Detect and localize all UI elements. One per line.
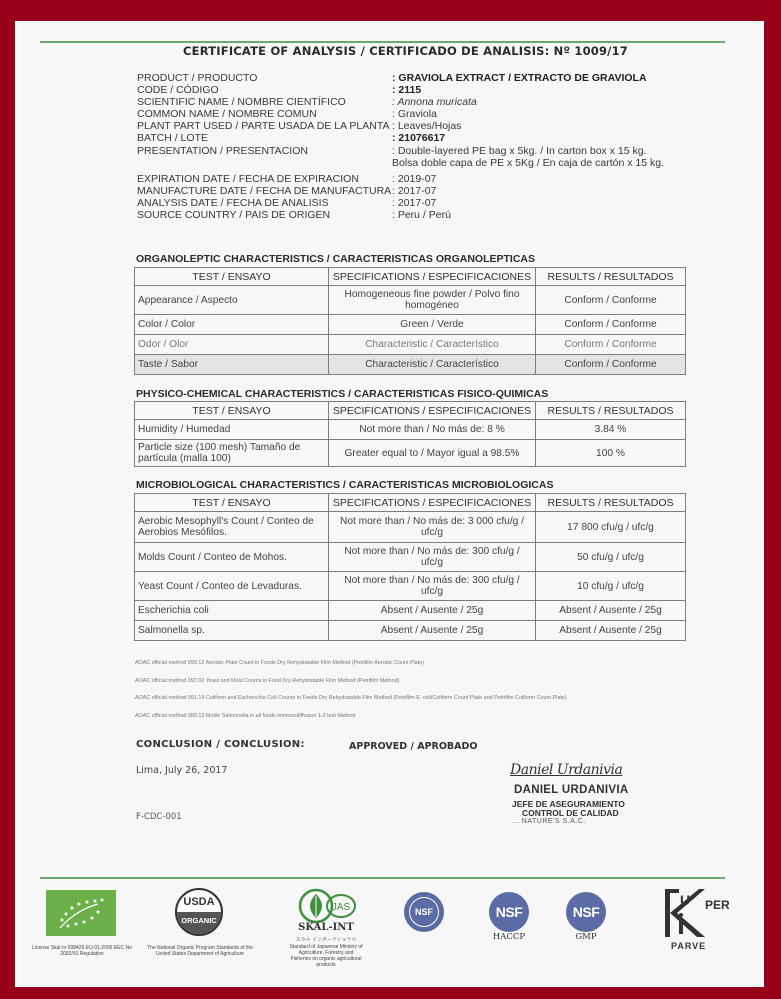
info-label: MANUFACTURE DATE / FECHA DE MANUFACTURA: [137, 185, 392, 197]
method-item: AOAC official method 989.13 Motile Salmo…: [135, 708, 567, 726]
cell-spec: Homogeneous fine powder / Polvo fino hom…: [329, 286, 536, 315]
info-value: : 2115: [392, 84, 421, 96]
nsf-gluten-free-seal-icon: NSF: [404, 892, 444, 932]
top-rule: [40, 41, 725, 43]
info-row: BATCH / LOTE: 21076617: [137, 132, 664, 144]
cell-test: Escherichia coli: [135, 601, 329, 621]
nsf-haccp-seal: NSF HACCP: [489, 892, 529, 942]
info-label: ANALYSIS DATE / FECHA DE ANALISIS: [137, 197, 392, 209]
microbiological-table: TEST / ENSAYOSPECIFICATIONS / ESPECIFICA…: [134, 493, 686, 641]
method-item: AOAC official method 990.12 Aerobic Plat…: [135, 655, 567, 673]
method-item: AOAC official method 991.14 Coliform and…: [135, 690, 567, 708]
info-value: Bolsa doble capa de PE x 5Kg / En caja d…: [392, 157, 664, 169]
column-header: RESULTS / RESULTADOS: [536, 402, 686, 420]
column-header: RESULTS / RESULTADOS: [536, 494, 686, 512]
column-header: SPECIFICATIONS / ESPECIFICACIONES: [329, 494, 536, 512]
bottom-rule: [40, 877, 725, 879]
table-row: Taste / SaborCharacteristic / Caracterís…: [135, 355, 686, 375]
cell-result: 10 cfu/g / ufc/g: [536, 572, 686, 601]
skal-japanese: スカル インターナショナル: [290, 937, 362, 943]
table-row: Odor / OlorCharacteristic / Característi…: [135, 335, 686, 355]
info-value: : 2017-07: [392, 185, 436, 197]
nsf-gmp-seal: NSF GMP: [566, 892, 606, 942]
table-row: Salmonella sp.Absent / Ausente / 25gAbse…: [135, 621, 686, 641]
kosher-peru-text: PERU: [705, 898, 729, 912]
table-row: Aerobic Mesophyll's Count / Conteo de Ae…: [135, 512, 686, 543]
signatory-company: ... NATURE'S S.A.C.: [512, 818, 586, 825]
skal-name: SKAL-INT: [293, 925, 359, 931]
cell-spec: Greater equal to / Mayor igual a 98.5%: [329, 440, 536, 467]
cell-test: Salmonella sp.: [135, 621, 329, 641]
table-header-row: TEST / ENSAYOSPECIFICATIONS / ESPECIFICA…: [135, 402, 686, 420]
column-header: TEST / ENSAYO: [135, 494, 329, 512]
nsf-gmp-label: GMP: [566, 932, 606, 942]
info-label: SOURCE COUNTRY / PAIS DE ORIGEN: [137, 209, 392, 221]
cell-result: 100 %: [536, 440, 686, 467]
cell-result: Absent / Ausente / 25g: [536, 601, 686, 621]
cell-test: Particle size (100 mesh) Tamaño de partí…: [135, 440, 329, 467]
info-value: : Double-layered PE bag x 5kg. / In cart…: [392, 145, 646, 157]
physico-chemical-table: TEST / ENSAYOSPECIFICATIONS / ESPECIFICA…: [134, 401, 686, 467]
table-row: Appearance / AspectoHomogeneous fine pow…: [135, 286, 686, 315]
usda-top-text: USDA: [177, 890, 221, 912]
cell-test: Appearance / Aspecto: [135, 286, 329, 315]
cell-result: Conform / Conforme: [536, 355, 686, 375]
info-label: [137, 157, 392, 169]
info-row: CODE / CÓDIGO: 2115: [137, 84, 664, 96]
table-row: Color / ColorGreen / VerdeConform / Conf…: [135, 315, 686, 335]
cell-result: Absent / Ausente / 25g: [536, 621, 686, 641]
table-row: Molds Count / Conteo de Mohos.Not more t…: [135, 543, 686, 572]
svg-text:U: U: [680, 892, 690, 908]
info-row: SOURCE COUNTRY / PAIS DE ORIGEN: Peru / …: [137, 209, 664, 221]
nsf-haccp-icon: NSF: [489, 892, 529, 932]
method-item: AOAC official method 997.02 Yeast and Mo…: [135, 673, 567, 691]
eu-organic-leaf-icon: [46, 890, 116, 936]
nsf-haccp-label: HACCP: [489, 932, 529, 942]
info-row: COMMON NAME / NOMBRE COMUN: Graviola: [137, 108, 664, 120]
info-label: CODE / CÓDIGO: [137, 84, 392, 96]
cell-spec: Not more than / No más de: 8 %: [329, 420, 536, 440]
info-label: PLANT PART USED / PARTE USADA DE LA PLAN…: [137, 120, 392, 132]
info-label: COMMON NAME / NOMBRE COMUN: [137, 108, 392, 120]
cell-spec: Characteristic / Característico: [329, 355, 536, 375]
cell-result: Conform / Conforme: [536, 315, 686, 335]
cell-result: 3.84 %: [536, 420, 686, 440]
microbiological-title: MICROBIOLOGICAL CHARACTERISTICS / CARACT…: [136, 479, 553, 491]
info-value: : Graviola: [392, 108, 437, 120]
cell-spec: Absent / Ausente / 25g: [329, 601, 536, 621]
info-row: PLANT PART USED / PARTE USADA DE LA PLAN…: [137, 120, 664, 132]
info-label: SCIENTIFIC NAME / NOMBRE CIENTÍFICO: [137, 96, 392, 108]
column-header: TEST / ENSAYO: [135, 268, 329, 286]
nsf-gluten-text: NSF: [409, 897, 439, 927]
info-row: MANUFACTURE DATE / FECHA DE MANUFACTURA:…: [137, 185, 664, 197]
table-row: Humidity / HumedadNot more than / No más…: [135, 420, 686, 440]
signature-script: Daniel Urdanivia: [510, 762, 622, 778]
cell-spec: Absent / Ausente / 25g: [329, 621, 536, 641]
jas-organic-leaf-icon: JAS: [296, 888, 358, 924]
kosher-peru-parve-icon: U PERU PARVE: [663, 887, 729, 953]
place-date: Lima, July 26, 2017: [136, 765, 227, 776]
info-row: Bolsa doble capa de PE x 5Kg / En caja d…: [137, 157, 664, 169]
cell-test: Molds Count / Conteo de Mohos.: [135, 543, 329, 572]
table-row: Escherichia coliAbsent / Ausente / 25gAb…: [135, 601, 686, 621]
conclusion-value: APPROVED / APROBADO: [349, 741, 478, 752]
methods-list: AOAC official method 990.12 Aerobic Plat…: [135, 655, 567, 725]
cell-test: Odor / Olor: [135, 335, 329, 355]
info-label: EXPIRATION DATE / FECHA DE EXPIRACION: [137, 173, 392, 185]
cell-test: Humidity / Humedad: [135, 420, 329, 440]
info-value: : GRAVIOLA EXTRACT / EXTRACTO DE GRAVIOL…: [392, 72, 647, 84]
form-code: F-CDC-001: [136, 812, 182, 822]
signatory-role-2: CONTROL DE CALIDAD: [522, 808, 619, 818]
info-label: PRESENTATION / PRESENTACION: [137, 145, 392, 157]
certificate-title: CERTIFICATE OF ANALYSIS / CERTIFICADO DE…: [0, 44, 781, 58]
cell-result: Conform / Conforme: [536, 335, 686, 355]
info-label: BATCH / LOTE: [137, 132, 392, 144]
usda-organic-seal-icon: USDA ORGANIC: [175, 888, 223, 936]
cell-test: Aerobic Mesophyll's Count / Conteo de Ae…: [135, 512, 329, 543]
cell-result: 17 800 cfu/g / ufc/g: [536, 512, 686, 543]
info-value: : Peru / Perú: [392, 209, 451, 221]
column-header: TEST / ENSAYO: [135, 402, 329, 420]
cell-spec: Not more than / No más de: 300 cfu/g / u…: [329, 543, 536, 572]
skal-caption: Standard of Japanese Ministry of Agricul…: [288, 944, 364, 968]
info-row: PRODUCT / PRODUCTO: GRAVIOLA EXTRACT / E…: [137, 72, 664, 84]
cell-spec: Not more than / No más de: 300 cfu/g / u…: [329, 572, 536, 601]
cell-result: 50 cfu/g / ufc/g: [536, 543, 686, 572]
cell-result: Conform / Conforme: [536, 286, 686, 315]
conclusion-label: CONCLUSION / CONCLUSION:: [136, 739, 305, 750]
info-row: ANALYSIS DATE / FECHA DE ANALISIS: 2017-…: [137, 197, 664, 209]
eu-caption: License Skal nr 008429 EU-01.2005 EEC No…: [28, 945, 136, 957]
table-row: Yeast Count / Conteo de Levaduras.Not mo…: [135, 572, 686, 601]
info-value: : Leaves/Hojas: [392, 120, 461, 132]
product-info: PRODUCT / PRODUCTO: GRAVIOLA EXTRACT / E…: [137, 72, 664, 221]
table-header-row: TEST / ENSAYOSPECIFICATIONS / ESPECIFICA…: [135, 268, 686, 286]
organoleptic-title: ORGANOLEPTIC CHARACTERISTICS / CARACTERI…: [136, 253, 535, 265]
nsf-gmp-icon: NSF: [566, 892, 606, 932]
info-label: PRODUCT / PRODUCTO: [137, 72, 392, 84]
cell-spec: Not more than / No más de: 3 000 cfu/g /…: [329, 512, 536, 543]
column-header: RESULTS / RESULTADOS: [536, 268, 686, 286]
table-row: Particle size (100 mesh) Tamaño de partí…: [135, 440, 686, 467]
physico-chemical-title: PHYSICO-CHEMICAL CHARACTERISTICS / CARAC…: [136, 388, 548, 400]
info-value: : Annona muricata: [392, 96, 477, 108]
cell-spec: Characteristic / Característico: [329, 335, 536, 355]
cell-spec: Green / Verde: [329, 315, 536, 335]
info-value: : 2017-07: [392, 197, 436, 209]
cell-test: Color / Color: [135, 315, 329, 335]
usda-caption: The National Organic Program Standards o…: [145, 945, 255, 957]
info-value: : 2019-07: [392, 173, 436, 185]
svg-text:JAS: JAS: [332, 902, 351, 913]
column-header: SPECIFICATIONS / ESPECIFICACIONES: [329, 402, 536, 420]
signatory-name: DANIEL URDANIVIA: [514, 784, 628, 796]
organoleptic-table: TEST / ENSAYOSPECIFICATIONS / ESPECIFICA…: [134, 267, 686, 375]
cell-test: Taste / Sabor: [135, 355, 329, 375]
svg-text:PARVE: PARVE: [671, 941, 706, 951]
info-row: PRESENTATION / PRESENTACION: Double-laye…: [137, 145, 664, 157]
info-row: EXPIRATION DATE / FECHA DE EXPIRACION: 2…: [137, 173, 664, 185]
info-row: SCIENTIFIC NAME / NOMBRE CIENTÍFICO: Ann…: [137, 96, 664, 108]
table-header-row: TEST / ENSAYOSPECIFICATIONS / ESPECIFICA…: [135, 494, 686, 512]
info-value: : 21076617: [392, 132, 445, 144]
cell-test: Yeast Count / Conteo de Levaduras.: [135, 572, 329, 601]
column-header: SPECIFICATIONS / ESPECIFICACIONES: [329, 268, 536, 286]
